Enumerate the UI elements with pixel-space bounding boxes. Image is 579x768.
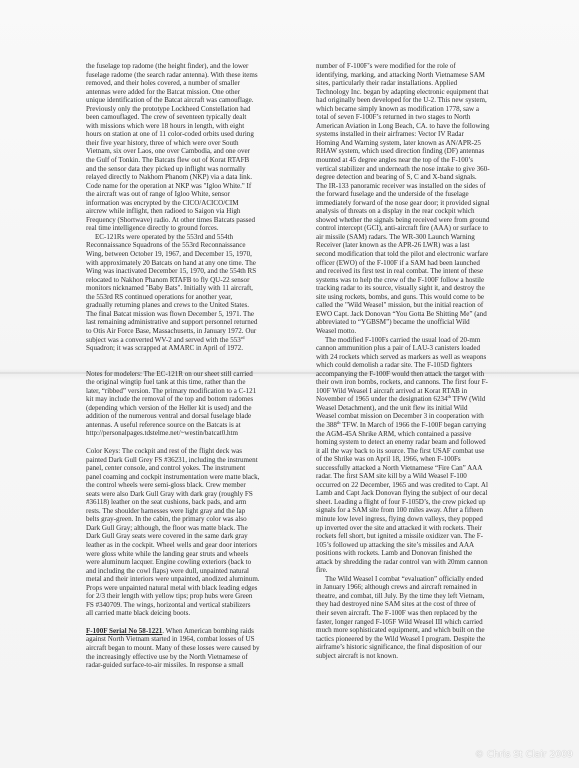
text-line: much more sophisticated equipment, and w… bbox=[316, 626, 516, 635]
text-line: sites, particularly their radar installa… bbox=[316, 79, 516, 88]
text-line: panel, center console, and control yokes… bbox=[86, 464, 282, 473]
text-line: fire. bbox=[316, 566, 516, 575]
text-line: called the "Wild Weasel" mission, but th… bbox=[316, 301, 516, 310]
text-line: and including the cowl flaps) were dull,… bbox=[86, 567, 282, 576]
text-line: Squadron; it was scrapped at AMARC in Ap… bbox=[86, 344, 282, 353]
text-line: systems was to help the crew of the F-10… bbox=[316, 276, 516, 285]
text-line: Weasel Detachment), and the unit flew it… bbox=[316, 404, 516, 413]
text-line: their seven aircraft. The F-100F was the… bbox=[316, 609, 516, 618]
text-line: degree detection and bearing of S, C and… bbox=[316, 173, 516, 182]
text-line: antennas. A useful reference source on t… bbox=[86, 421, 282, 430]
text-line: tactics pioneered by the Wild Weasel I p… bbox=[316, 635, 516, 644]
wild-weasel-paragraph-2: The modified F-100Fs carried the usual l… bbox=[316, 336, 516, 575]
text-line: F-100F Serial No 58-1221. When American … bbox=[86, 627, 282, 636]
text-line: Props were unpainted natural metal with … bbox=[86, 584, 282, 593]
text-line: against North Vietnam started in 1964, c… bbox=[86, 635, 282, 644]
text-line: tracking radar to its source, visually s… bbox=[316, 284, 516, 293]
text-line: panel coaming and cockpit instrumentatio… bbox=[86, 473, 282, 482]
text-line: total of seven F-100F’s returned in two … bbox=[316, 113, 516, 122]
text-line: rockets fell short, but ignited a missil… bbox=[316, 532, 516, 541]
text-line: belts gray-green. In the cabin, the prim… bbox=[86, 515, 282, 524]
text-line: Previously only the prototype Lockheed C… bbox=[86, 105, 282, 114]
text-line: Frequency (Shortwave) radio. At other ti… bbox=[86, 216, 282, 225]
text-line: Technology Inc. began by adapting electr… bbox=[316, 88, 516, 97]
text-line: leather as in the cockpit. Wheel wells a… bbox=[86, 541, 282, 550]
scanned-page: the fuselage top radome (the height find… bbox=[0, 0, 579, 768]
text-line: been camouflaged. The crew of seventeen … bbox=[86, 113, 282, 122]
text-line: they had destroyed nine SAM sites at the… bbox=[316, 600, 516, 609]
text-line: antennas were added for the Batcat missi… bbox=[86, 88, 282, 97]
right-column: number of F-100F’s were modified for the… bbox=[316, 62, 516, 660]
text-line: radar. The first SAM site kill by a Wild… bbox=[316, 472, 516, 481]
text-line: control intercept (GCI), anti-aircraft f… bbox=[316, 224, 516, 233]
text-line: which became simply known as modificatio… bbox=[316, 105, 516, 114]
text-line: Dark Gull Gray seats were covered in the… bbox=[86, 532, 282, 541]
text-line: Dark Gull Gray; although, the floor was … bbox=[86, 524, 282, 533]
text-line: with missions which were 18 hours in len… bbox=[86, 122, 282, 131]
text-line: subject was a converted WV-2 and served … bbox=[86, 336, 282, 345]
text-line: it all the way back to its source. The f… bbox=[316, 447, 516, 456]
text-line: abbreviated to “YGBSM”) became the unoff… bbox=[316, 318, 516, 327]
text-line: Reconnaissance Squadrons of the 553rd Re… bbox=[86, 241, 282, 250]
text-line: the 553rd RS continued operations for an… bbox=[86, 293, 282, 302]
text-line: (depending which version of the Heller k… bbox=[86, 404, 282, 413]
text-line: RHAW system, which used direction findin… bbox=[316, 147, 516, 156]
text-line: November of 1965 under the designation 6… bbox=[316, 395, 516, 404]
text-line: Weasel combat mission on December 3 in c… bbox=[316, 412, 516, 421]
text-line: Lamb and Capt Jack Donovan flying the su… bbox=[316, 489, 516, 498]
text-line: The IR-133 panoramic receiver was instal… bbox=[316, 182, 516, 191]
text-line: in January 1966; although crews and airc… bbox=[316, 583, 516, 592]
text-line: Code name for the operation at NKP was "… bbox=[86, 182, 282, 191]
text-line: number of F-100F’s were modified for the… bbox=[316, 62, 516, 71]
text-line: the fuselage top radome (the height find… bbox=[86, 62, 282, 71]
text-line: EC-121Rs were operated by the 553rd and … bbox=[86, 233, 282, 242]
text-line: radar-guided surface-to-air missiles. In… bbox=[86, 661, 282, 670]
text-line: gradually returning planes and crews to … bbox=[86, 301, 282, 310]
text-line: systems installed in their airframes: Ve… bbox=[316, 130, 516, 139]
text-line: painted Dark Gull Grey FS #36231, includ… bbox=[86, 456, 282, 465]
text-line: FS #340709. The wings, horizontal and ve… bbox=[86, 601, 282, 610]
text-line: signals for a SAM site from 100 miles aw… bbox=[316, 506, 516, 515]
text-line: the control wheels were semi-gloss black… bbox=[86, 481, 282, 490]
wild-weasel-paragraph-3: The Wild Weasel I combat “evaluation” of… bbox=[316, 575, 516, 660]
text-line: air missile (SAM) radars. The WR-300 Lau… bbox=[316, 233, 516, 242]
text-line: unique identification of the Batcat airc… bbox=[86, 96, 282, 105]
text-line: sheet. Leading a flight of four F-105D’s… bbox=[316, 498, 516, 507]
text-line: successfully attacked a North Vietnamese… bbox=[316, 464, 516, 473]
text-line: Notes for modelers: The EC-121R on our s… bbox=[86, 370, 282, 379]
text-line: Color Keys: The cockpit and rest of the … bbox=[86, 447, 282, 456]
text-line: Wing was inactivated December 15, 1970, … bbox=[86, 267, 282, 276]
text-line: theatre, and combat, till July. By the t… bbox=[316, 592, 516, 601]
text-line: the AGM-45A Shrike ARM, which contained … bbox=[316, 430, 516, 439]
text-line: Homing And Warning system, later known a… bbox=[316, 139, 516, 148]
text-line: Weasel motto. bbox=[316, 327, 516, 336]
text-line: mounted at 45 degree angles near the top… bbox=[316, 156, 516, 165]
text-line: analysis of threats on a display in the … bbox=[316, 207, 516, 216]
text-line: were gloss white while the landing gear … bbox=[86, 550, 282, 559]
text-line: the aircraft was out of range of Igloo W… bbox=[86, 190, 282, 199]
text-line: the original wingtip fuel tank at this t… bbox=[86, 378, 282, 387]
f100-paragraph: F-100F Serial No 58-1221. When American … bbox=[86, 627, 282, 670]
text-line: The modified F-100Fs carried the usual l… bbox=[316, 336, 516, 345]
text-line: occurred on 22 December, 1965 and was cr… bbox=[316, 481, 516, 490]
left-column: the fuselage top radome (the height find… bbox=[86, 62, 282, 670]
text-line: their own iron bombs, rockets, and canno… bbox=[316, 378, 516, 387]
text-line: removed, and their holes covered, a numb… bbox=[86, 79, 282, 88]
text-line: addition of the numerous ventral and dor… bbox=[86, 412, 282, 421]
text-line: #36118) leather on the seat cushions, ba… bbox=[86, 498, 282, 507]
notes-for-modelers: Notes for modelers: The EC-121R on our s… bbox=[86, 370, 282, 438]
text-line: airframe’s historic significance, the fi… bbox=[316, 643, 516, 652]
text-line: kit may include the removal of the top a… bbox=[86, 395, 282, 404]
text-line: identifying, marking, and attacking Nort… bbox=[316, 71, 516, 80]
text-line: positions with rockets. Lamb and Donovan… bbox=[316, 549, 516, 558]
text-line: 105’s followed up attacking the site’s m… bbox=[316, 541, 516, 550]
color-keys: Color Keys: The cockpit and rest of the … bbox=[86, 447, 282, 618]
text-line: showed whether the signals being receive… bbox=[316, 216, 516, 225]
f100-serial-heading: F-100F Serial No 58-1221 bbox=[86, 627, 162, 635]
text-line: and the sensor data they picked up infli… bbox=[86, 165, 282, 174]
text-line: immediately forward of the nose gear doo… bbox=[316, 199, 516, 208]
text-line: cannon ammunition plus a pair of LAU-3 c… bbox=[316, 344, 516, 353]
text-line: aircrew while inflight, then radioed to … bbox=[86, 207, 282, 216]
text-line: for 2/3 their length with yellow tips; p… bbox=[86, 592, 282, 601]
text-line: of the Shrike was on April 18, 1966, whe… bbox=[316, 455, 516, 464]
text-line: Receiver (later known as the APR-26 LWR)… bbox=[316, 241, 516, 250]
text-line: their five year history, three of which … bbox=[86, 139, 282, 148]
text-line: site using rockets, bombs, and guns. Thi… bbox=[316, 293, 516, 302]
text-line: second modification that told the pilot … bbox=[316, 250, 516, 259]
text-line: attack by shredding the radar control va… bbox=[316, 558, 516, 567]
batcat-paragraph-1: the fuselage top radome (the height find… bbox=[86, 62, 282, 233]
text-line: which could demolish a radar site. The F… bbox=[316, 361, 516, 370]
text-line: fuselage radome (the search radar antenn… bbox=[86, 71, 282, 80]
text-line: hours on station at one of 11 color-code… bbox=[86, 130, 282, 139]
text-line: homing system to detect an enemy radar b… bbox=[316, 438, 516, 447]
text-line: The Wild Weasel I combat “evaluation” of… bbox=[316, 575, 516, 584]
text-line: the Gulf of Tonkin. The Batcats flew out… bbox=[86, 156, 282, 165]
text-line: officer (EWO) of the F-100F if a SAM had… bbox=[316, 259, 516, 268]
text-line: the 388th TFW. In March of 1966 the F-10… bbox=[316, 421, 516, 430]
text-line: American Aviation in Long Beach, CA. to … bbox=[316, 122, 516, 131]
text-line: subject aircraft is not known. bbox=[316, 652, 516, 661]
text-line: aircraft began to mount. Many of these l… bbox=[86, 644, 282, 653]
text-line: to Otis Air Force Base, Massachusetts, i… bbox=[86, 327, 282, 336]
text-line: seats were also Dark Gull Gray with dark… bbox=[86, 490, 282, 499]
text-line: rests. The shoulder harnesses were light… bbox=[86, 507, 282, 516]
text-line: Vietnam, six over Laos, one over Cambodi… bbox=[86, 147, 282, 156]
text-line: faster, longer ranged F-105F Wild Weasel… bbox=[316, 618, 516, 627]
text-line: http://personalpages.tdstelme.net/~westi… bbox=[86, 429, 282, 438]
text-line: vertical stabilizer and underneath the n… bbox=[316, 165, 516, 174]
text-line: and received its first test in real comb… bbox=[316, 267, 516, 276]
copyright-watermark: © Chris St Clair 2009 bbox=[475, 750, 573, 760]
wild-weasel-paragraph-1: number of F-100F’s were modified for the… bbox=[316, 62, 516, 336]
text-line: monitors nicknamed "Baby Bats". Initiall… bbox=[86, 284, 282, 293]
text-line: with 24 rockets which served as markers … bbox=[316, 353, 516, 362]
text-line: later, “ribbed” version. The primary mod… bbox=[86, 387, 282, 396]
text-line: had originally been developed for the U-… bbox=[316, 96, 516, 105]
text-line: were aluminum lacquer. Engine cowling ex… bbox=[86, 558, 282, 567]
text-line: last remaining administrative and suppor… bbox=[86, 318, 282, 327]
text-line: with approximately 20 Batcats on hand at… bbox=[86, 259, 282, 268]
text-line: up inverted over the site and attacked i… bbox=[316, 524, 516, 533]
text-line: real time intelligence directly to groun… bbox=[86, 224, 282, 233]
text-line: metal and their interiors were unpainted… bbox=[86, 575, 282, 584]
text-line: relayed directly to Nakhom Phanom (NKP) … bbox=[86, 173, 282, 182]
batcat-paragraph-2: EC-121Rs were operated by the 553rd and … bbox=[86, 233, 282, 353]
text-line: The final Batcat mission was flown Decem… bbox=[86, 310, 282, 319]
text-line: all carried matte black deicing boots. bbox=[86, 609, 282, 618]
text-line: the increasingly effective use by the No… bbox=[86, 653, 282, 662]
text-line: the forward fuselage and the underside o… bbox=[316, 190, 516, 199]
text-line: accompanying the F-100F would then attac… bbox=[316, 370, 516, 379]
text-line: EWO Capt. Jack Donovan “You Gotta Be Shi… bbox=[316, 310, 516, 319]
text-line: information was encrypted by the CICO/AC… bbox=[86, 199, 282, 208]
text-line: Wing, between October 19, 1967, and Dece… bbox=[86, 250, 282, 259]
text-line: minute low level ingress, flying down va… bbox=[316, 515, 516, 524]
text-line: relocated to Nakhon Phanom RTAFB to fly … bbox=[86, 276, 282, 285]
